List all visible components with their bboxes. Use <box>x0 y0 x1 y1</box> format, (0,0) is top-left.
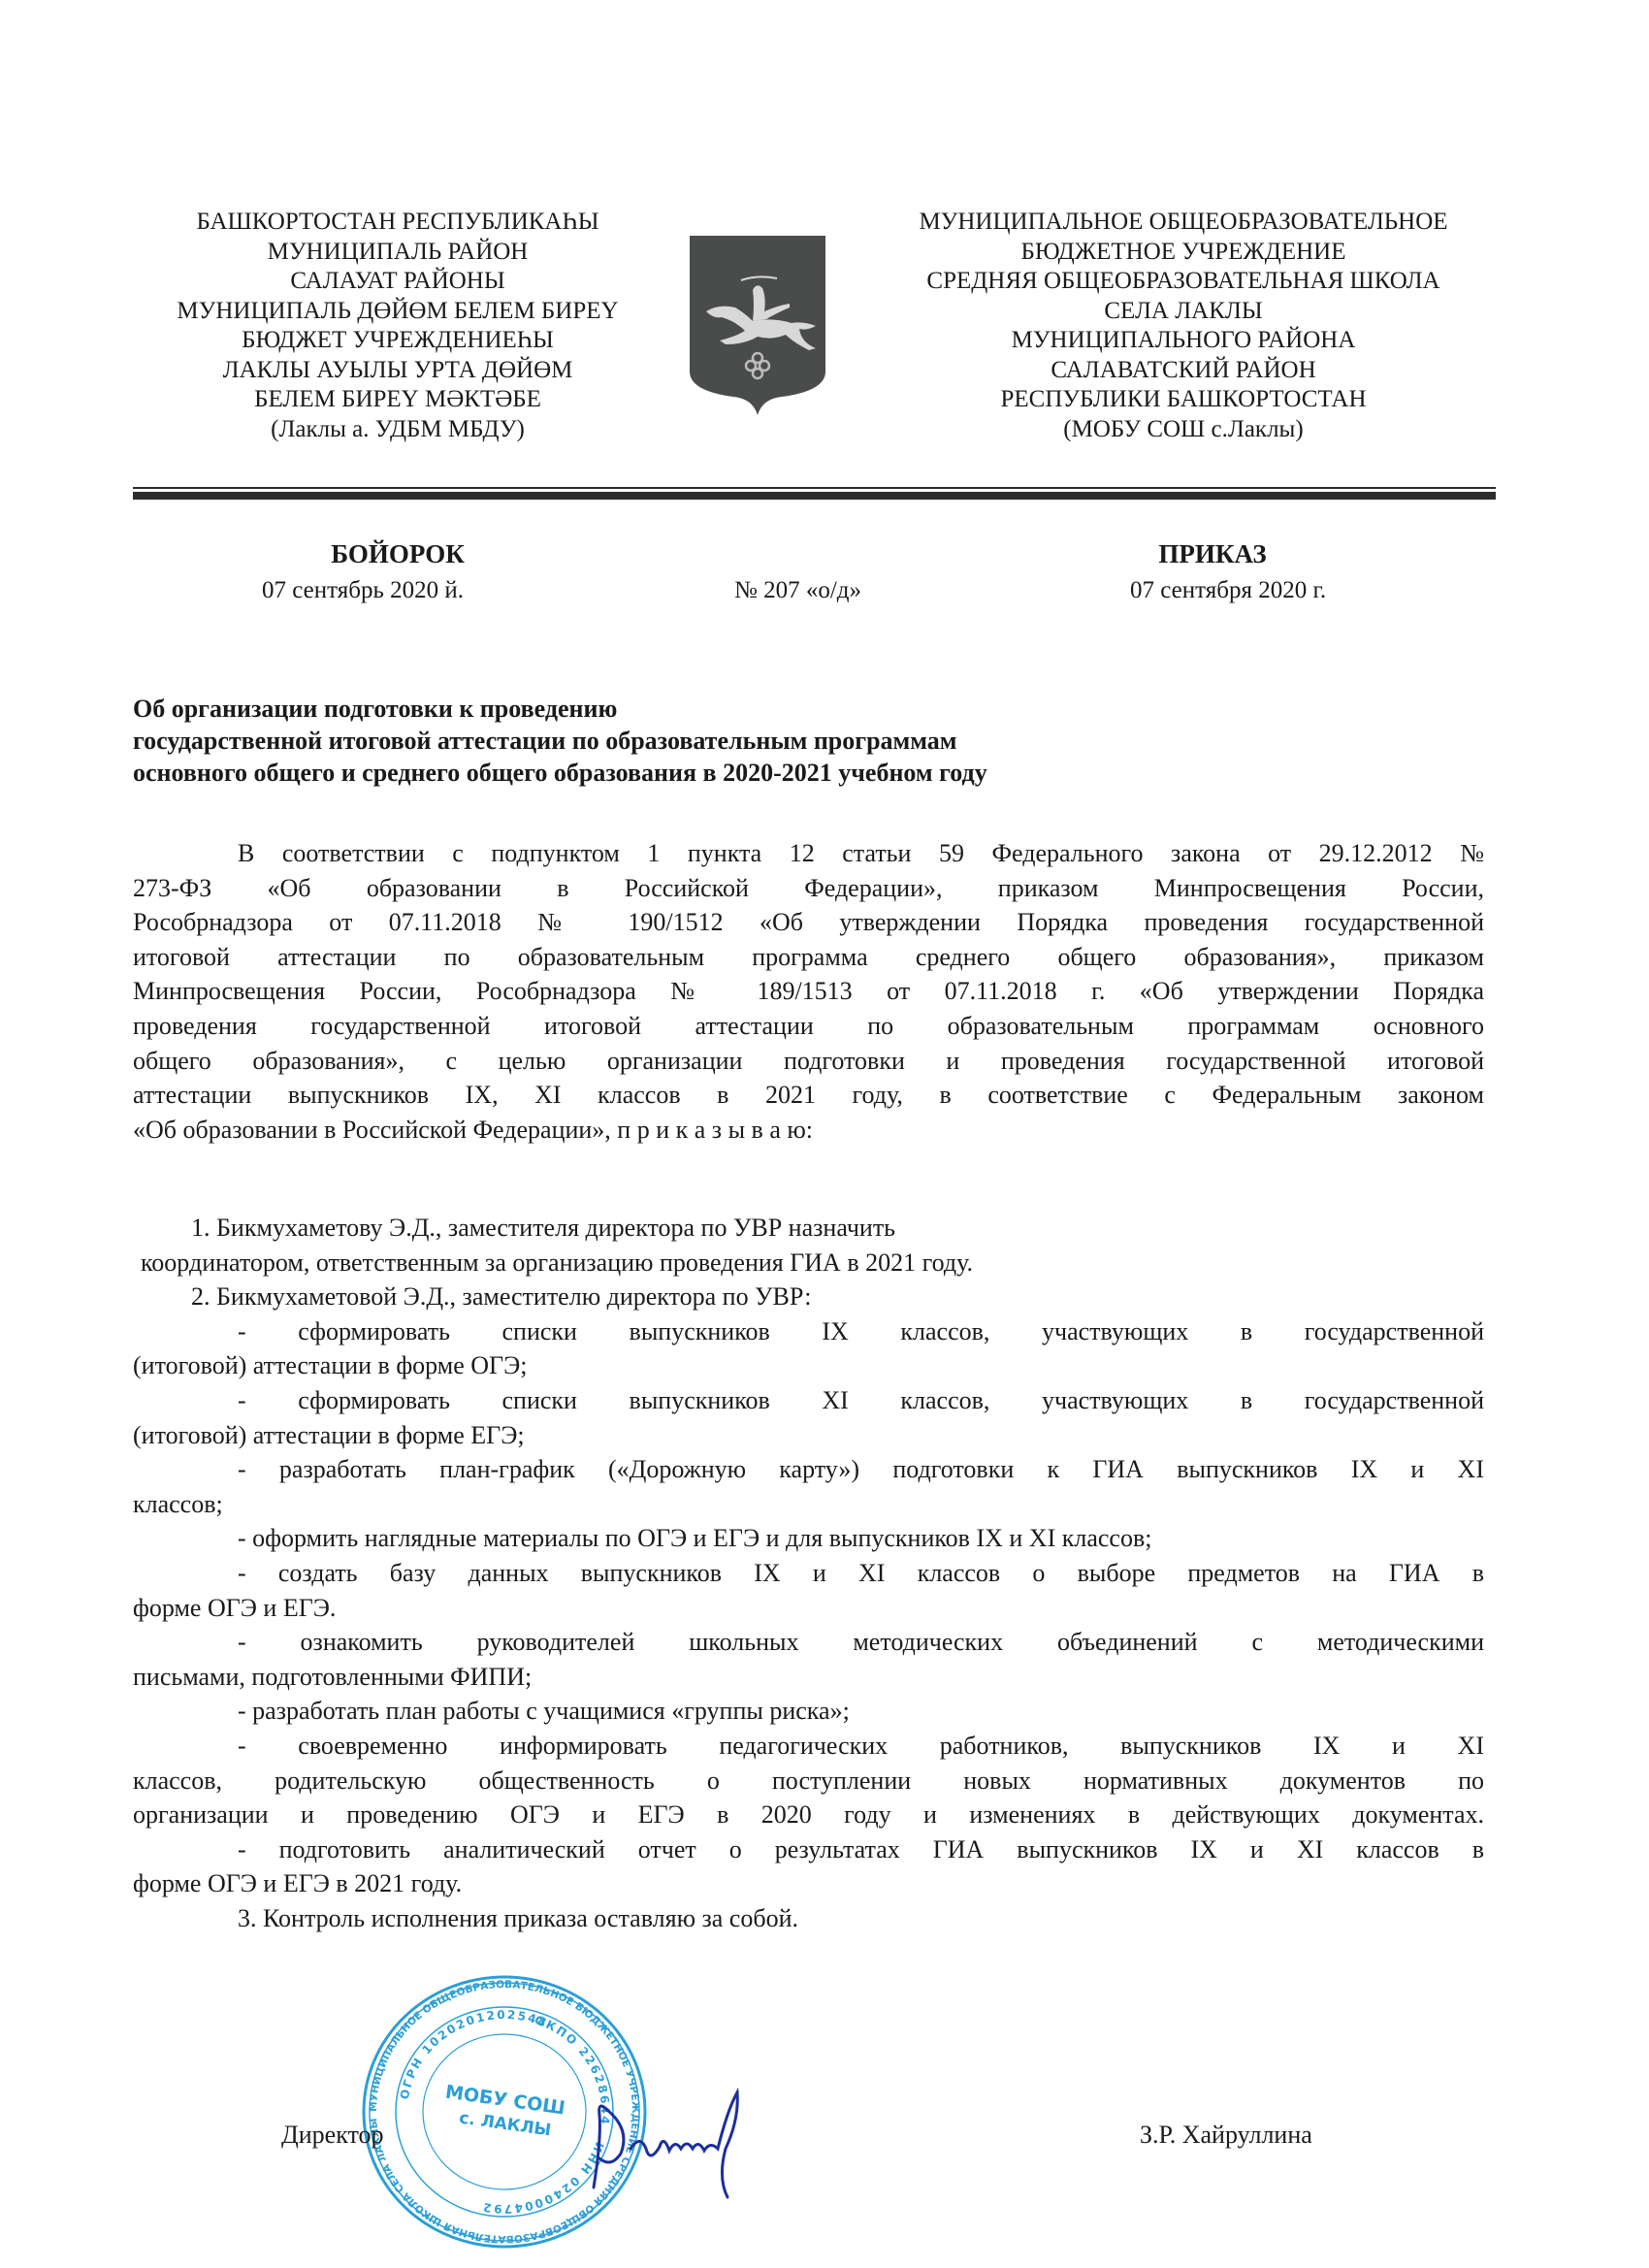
header-right-line: МУНИЦИПАЛЬНОЕ ОБЩЕОБРАЗОВАТЕЛЬНОЕ <box>854 208 1513 238</box>
preamble-line: Рособрнадзора от 07.11.2018 № 190/1512 «… <box>133 905 1484 940</box>
order-item-line: - сформировать списки выпускников XI кла… <box>133 1383 1484 1418</box>
order-item-line: - своевременно информировать педагогичес… <box>133 1729 1484 1764</box>
order-item-line: - подготовить аналитический отчет о резу… <box>133 1832 1484 1867</box>
header-left-line: БЮДЖЕТ УЧРЕЖДЕНИЕҺЫ <box>131 326 664 356</box>
order-item-line: 2. Бикмухаметовой Э.Д., заместителю дире… <box>133 1280 1484 1314</box>
order-item-line: - создать базу данных выпускников IX и X… <box>133 1556 1484 1591</box>
header-left-line: БАШКОРТОСТАН РЕСПУБЛИКАҺЫ <box>131 208 664 238</box>
order-date-bashkir: 07 сентябрь 2020 й. <box>262 577 464 604</box>
header-right-line: МУНИЦИПАЛЬНОГО РАЙОНА <box>854 326 1513 356</box>
signatory-position: Директор <box>281 2121 384 2150</box>
order-item-line: организации и проведению ОГЭ и ЕГЭ в 202… <box>133 1798 1484 1832</box>
order-item-line: письмами, подготовленными ФИПИ; <box>133 1660 1484 1695</box>
header-russian-org: МУНИЦИПАЛЬНОЕ ОБЩЕОБРАЗОВАТЕЛЬНОЕ БЮДЖЕТ… <box>854 208 1513 444</box>
order-item-line: (итоговой) аттестации в форме ЕГЭ; <box>133 1418 1484 1453</box>
title-line: основного общего и среднего общего образ… <box>133 757 987 789</box>
order-item-line: - разработать план-график («Дорожную кар… <box>133 1452 1484 1487</box>
order-item-line: 1. Бикмухаметову Э.Д., заместителя дирек… <box>133 1211 1484 1246</box>
title-line: Об организации подготовки к проведению <box>133 693 987 725</box>
header-right-line: СЕЛА ЛАКЛЫ <box>854 297 1513 327</box>
header-left-line: МУНИЦИПАЛЬ РАЙОН <box>131 238 664 268</box>
preamble-line: В соответствии с подпунктом 1 пункта 12 … <box>133 836 1484 871</box>
order-title-russian: ПРИКАЗ <box>1135 539 1290 569</box>
document-title: Об организации подготовки к проведению г… <box>133 693 987 789</box>
order-date-russian: 07 сентября 2020 г. <box>1130 577 1326 604</box>
preamble-line: проведения государственной итоговой атте… <box>133 1009 1484 1044</box>
header-right-line: САЛАВАТСКИЙ РАЙОН <box>854 356 1513 386</box>
order-title-bashkir: БОЙОРОК <box>310 539 485 569</box>
preamble-line: аттестации выпускников IX, XI классов в … <box>133 1078 1484 1113</box>
header-left-line: МУНИЦИПАЛЬ ДӨЙӨМ БЕЛЕМ БИРЕҮ <box>131 297 664 327</box>
handwritten-signature-icon <box>572 2081 766 2212</box>
order-item-line: форме ОГЭ и ЕГЭ. <box>133 1591 1484 1626</box>
preamble-paragraph: В соответствии с подпунктом 1 пункта 12 … <box>133 836 1484 1147</box>
header-bashkir-org: БАШКОРТОСТАН РЕСПУБЛИКАҺЫ МУНИЦИПАЛЬ РАЙ… <box>131 208 664 444</box>
header-right-line: (МОБУ СОШ с.Лаклы) <box>854 415 1513 445</box>
order-item-line: форме ОГЭ и ЕГЭ в 2021 году. <box>133 1866 1484 1901</box>
order-items: 1. Бикмухаметову Э.Д., заместителя дирек… <box>133 1211 1484 1935</box>
header-divider-thick <box>133 492 1496 500</box>
preamble-line: «Об образовании в Российской Федерации»,… <box>133 1113 1484 1148</box>
coat-of-arms-horseman-icon <box>685 226 830 420</box>
preamble-line: 273-ФЗ «Об образовании в Российской Феде… <box>133 871 1484 906</box>
header-right-line: БЮДЖЕТНОЕ УЧРЕЖДЕНИЕ <box>854 238 1513 268</box>
header-left-line: САЛАУАТ РАЙОНЫ <box>131 267 664 297</box>
order-item-line: классов, родительскую общественность о п… <box>133 1764 1484 1798</box>
header-left-line: (Лаклы а. УДБМ МБДУ) <box>131 415 664 445</box>
order-item-line: - оформить наглядные материалы по ОГЭ и … <box>133 1521 1484 1556</box>
order-item-line: классов; <box>133 1487 1484 1522</box>
order-item-line: - разработать план работы с учащимися «г… <box>133 1694 1484 1729</box>
preamble-line: общего образования», с целью организации… <box>133 1044 1484 1079</box>
order-item-line: 3. Контроль исполнения приказа оставляю … <box>133 1901 1484 1936</box>
header-right-line: СРЕДНЯЯ ОБЩЕОБРАЗОВАТЕЛЬНАЯ ШКОЛА <box>854 267 1513 297</box>
header-left-line: ЛАКЛЫ АУЫЛЫ УРТА ДӨЙӨМ <box>131 356 664 386</box>
order-item-line: координатором, ответственным за организа… <box>133 1246 1484 1280</box>
preamble-line: Минпросвещения России, Рособрнадзора № 1… <box>133 974 1484 1009</box>
preamble-line: итоговой аттестации по образовательным п… <box>133 940 1484 975</box>
header-left-line: БЕЛЕМ БИРЕҮ МӘКТӘБЕ <box>131 385 664 415</box>
order-item-line: - ознакомить руководителей школьных мето… <box>133 1625 1484 1660</box>
order-number: № 207 «о/д» <box>734 577 861 604</box>
signatory-name: З.Р. Хайруллина <box>1140 2121 1312 2150</box>
header-divider-thin <box>133 487 1496 489</box>
title-line: государственной итоговой аттестации по о… <box>133 725 987 757</box>
order-item-line: - сформировать списки выпускников IX кла… <box>133 1314 1484 1349</box>
header-right-line: РЕСПУБЛИКИ БАШКОРТОСТАН <box>854 385 1513 415</box>
order-item-line: (итоговой) аттестации в форме ОГЭ; <box>133 1348 1484 1383</box>
